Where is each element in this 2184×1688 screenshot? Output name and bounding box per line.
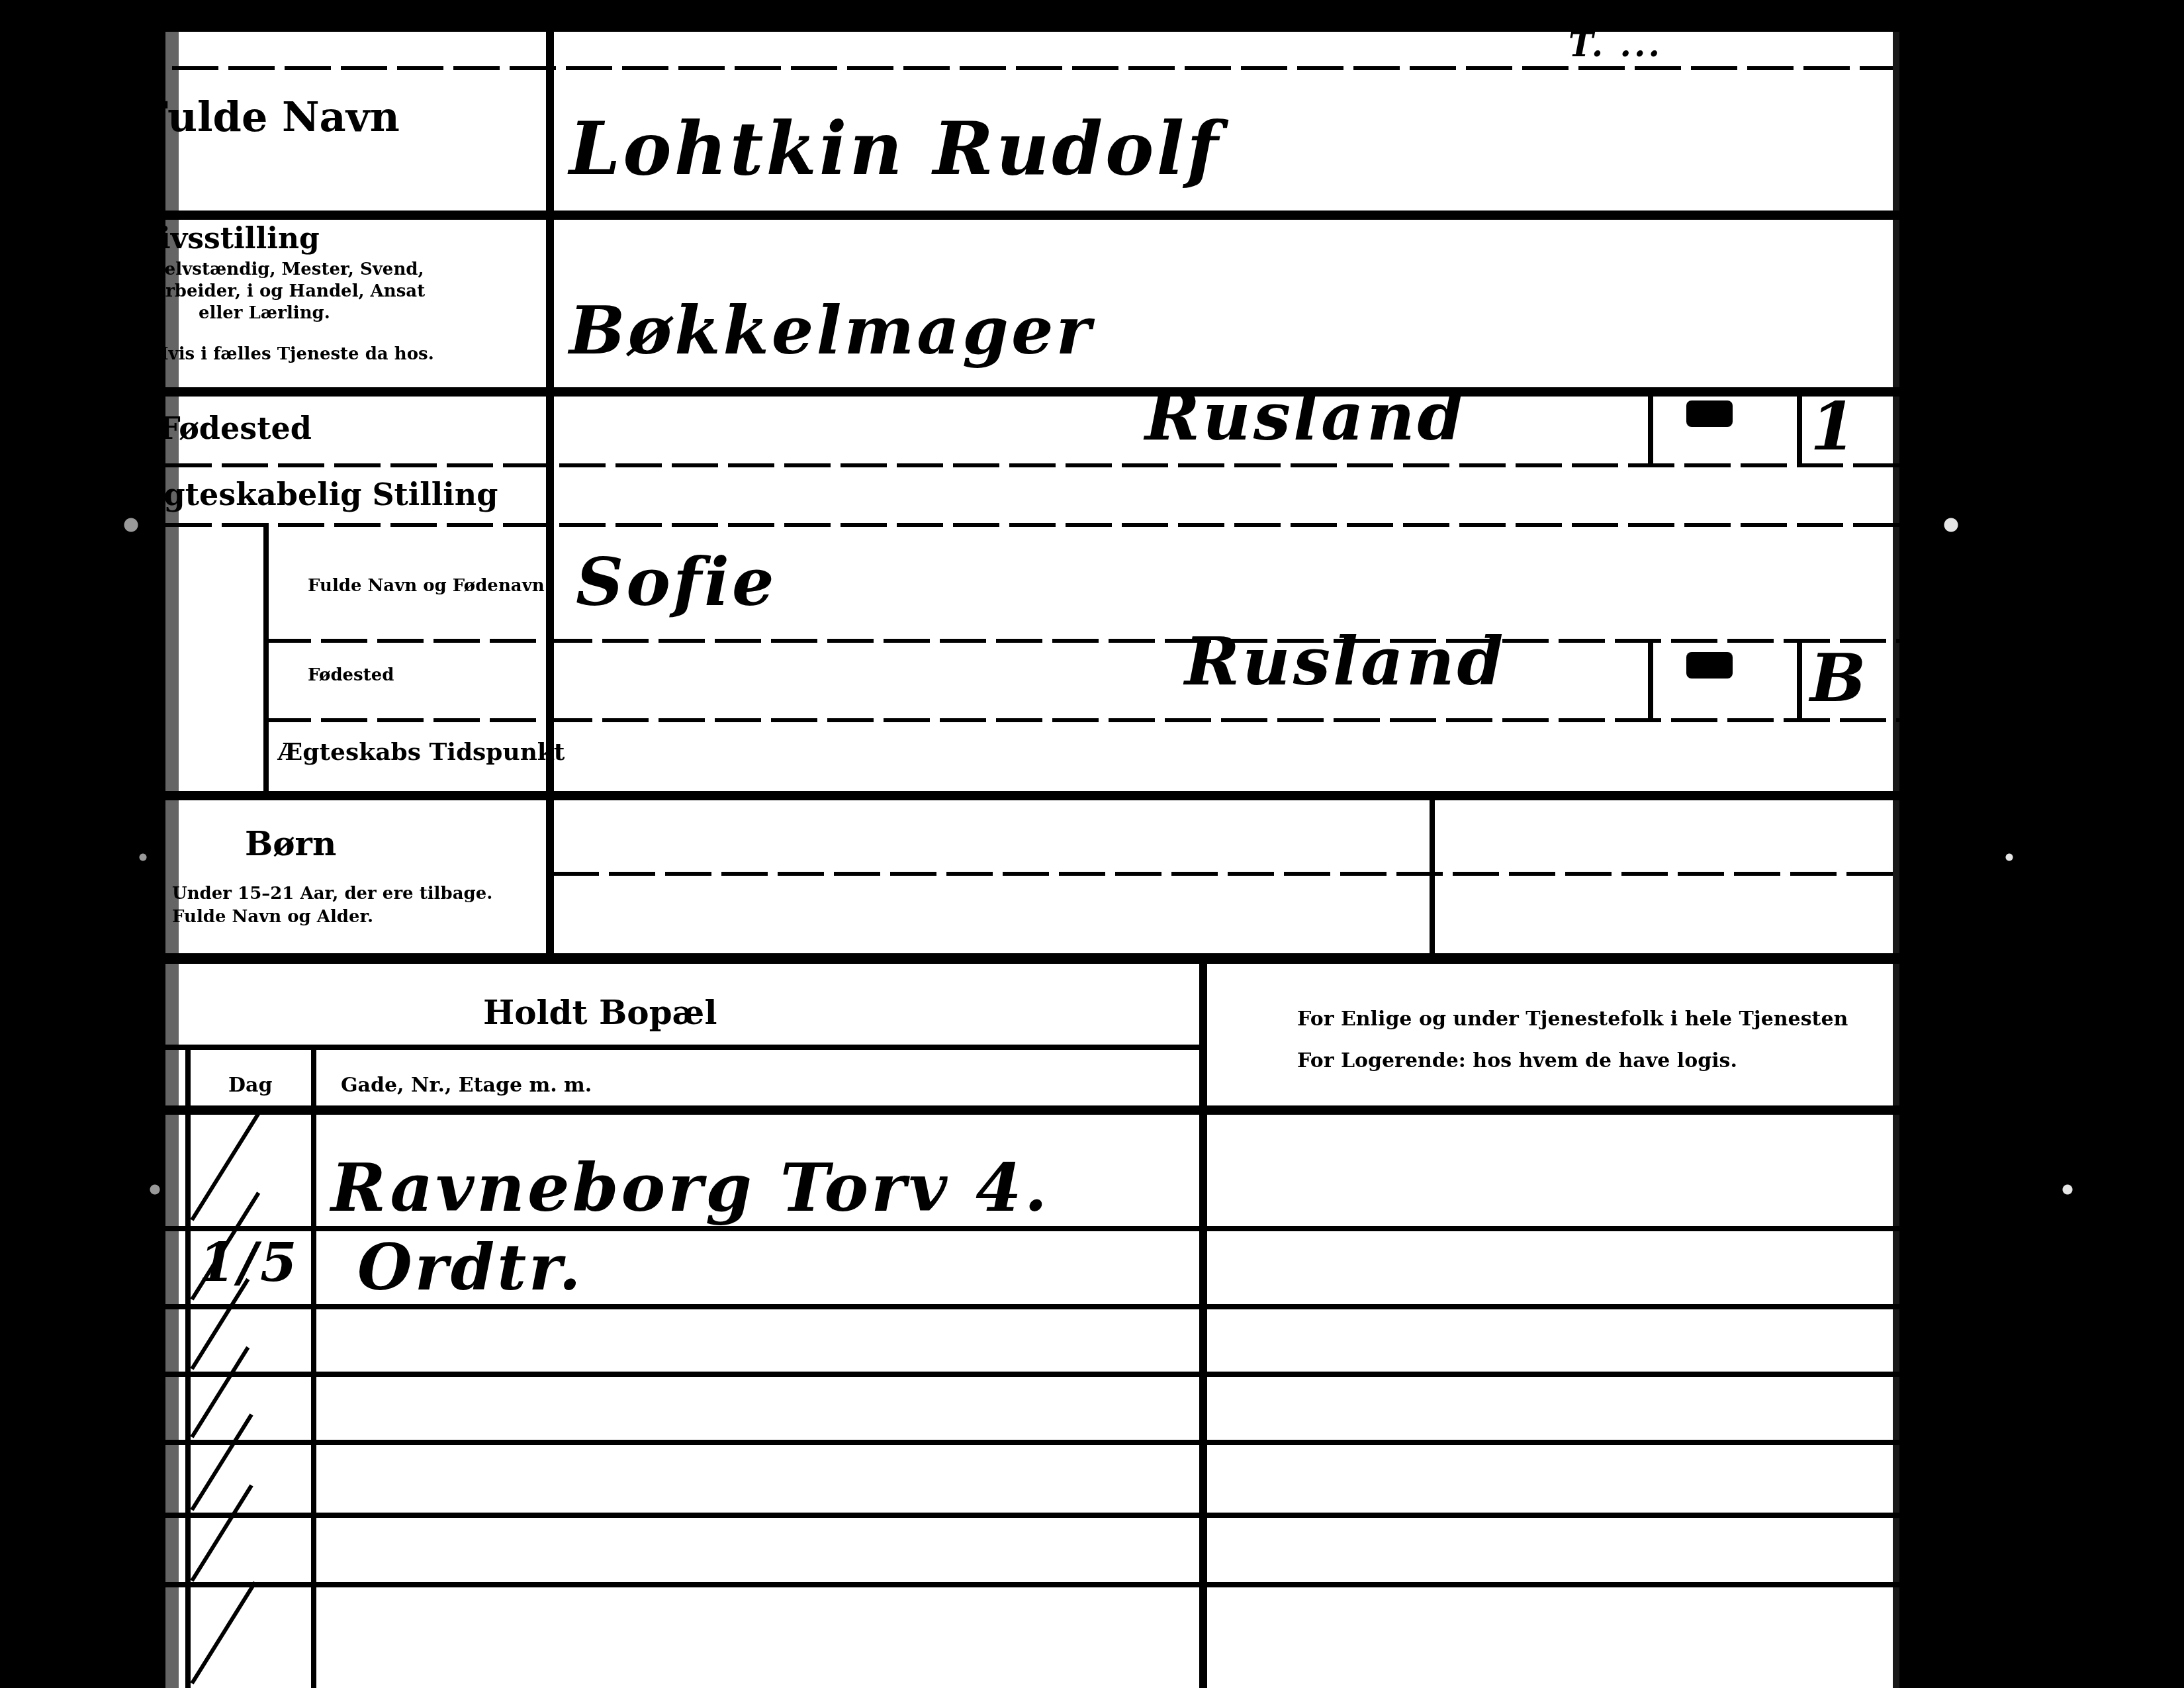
row-sep-occupation (165, 387, 1899, 397)
value-spouse-name: Sofie (576, 543, 777, 621)
spouse-sub-divider (263, 523, 269, 794)
spouse-birth-year-dash-mark (1686, 652, 1733, 679)
label-occupation-note-1: Selvstændig, Mester, Svend, (152, 259, 424, 279)
row-sep-marital (165, 523, 1899, 527)
row-sep-birthplace (165, 463, 1899, 467)
address-row-1-day: 1/5 (199, 1231, 300, 1293)
address-row-line (165, 1226, 1899, 1231)
row-sep-spouse-block (165, 791, 1899, 800)
label-address-section: Holdt Bopæl (483, 993, 717, 1032)
value-birth-date: 1 (1810, 387, 1859, 465)
label-occupation: Livsstilling (139, 222, 320, 256)
label-occupation-note-2: Arbeider, i og Handel, Ansat (152, 281, 425, 301)
value-spouse-birth-date: B 7 (1810, 639, 1943, 717)
spouse-birth-box-right (1797, 642, 1802, 718)
damaged-edge-right (1893, 26, 2184, 1688)
label-col-day: Dag (228, 1076, 272, 1096)
label-right-note-1: For Enlige og under Tjenestefolk i hele … (1297, 1009, 1848, 1029)
row-sep-spouse-name (265, 639, 1899, 643)
row-sep-name (165, 211, 1899, 220)
birth-year-dash-mark (1686, 400, 1733, 427)
birth-box-right (1797, 394, 1802, 463)
label-col-address: Gade, Nr., Etage m. m. (341, 1076, 592, 1096)
address-row-1-address: Ordtr. (357, 1231, 584, 1305)
address-row-line (165, 1372, 1899, 1377)
address-header-sep (165, 1045, 1201, 1050)
address-colheader-bottom (165, 1105, 1899, 1115)
address-row-line (165, 1513, 1899, 1518)
address-row-line (165, 1304, 1899, 1309)
label-column-divider (546, 26, 554, 960)
top-dashed-line (172, 66, 1893, 70)
label-children: Børn (245, 824, 336, 863)
row-sep-spouse-birth (265, 718, 1899, 722)
value-top-mark: T. ... (1569, 25, 1662, 64)
label-birthplace: Fødested (159, 410, 312, 446)
children-col-divider (1430, 798, 1435, 957)
label-spouse-birthplace: Fødested (308, 665, 394, 685)
birth-box-left (1648, 394, 1653, 463)
label-spouse-name: Fulde Navn og Fødenavn (308, 576, 545, 596)
label-children-note-2: Fulde Navn og Alder. (172, 907, 373, 927)
address-row-0-address: Ravneborg Torv 4. (331, 1149, 1050, 1227)
address-row-line (165, 1440, 1899, 1445)
address-row-line (165, 1582, 1899, 1587)
day-col-left (185, 1049, 191, 1688)
label-marital-status: Ægteskabelig Stilling (132, 477, 498, 512)
children-bottom (165, 953, 1899, 964)
label-occupation-note-4: Hvis i fælles Tjeneste da hos. (152, 344, 434, 364)
value-occupation: Bøkkelmager (569, 291, 1093, 369)
children-row-sep (553, 872, 1896, 876)
day-col-right (311, 1049, 316, 1688)
address-right-divider (1199, 960, 1207, 1688)
value-birthplace: Rusland (1145, 377, 1467, 455)
label-right-note-2: For Logerende: hos hvem de have logis. (1297, 1051, 1737, 1071)
value-name: Lohtkin Rudolf (569, 106, 1221, 191)
label-occupation-note-3: eller Lærling. (199, 303, 330, 323)
label-marriage-date: Ægteskabs Tidspunkt (278, 738, 565, 766)
value-spouse-birthplace: Rusland (1185, 622, 1506, 700)
spouse-birth-box-left (1648, 642, 1653, 718)
label-name: Fulde Navn (139, 93, 400, 141)
top-border (159, 21, 1946, 32)
label-children-note-1: Under 15–21 Aar, der ere tilbage. (172, 884, 492, 904)
